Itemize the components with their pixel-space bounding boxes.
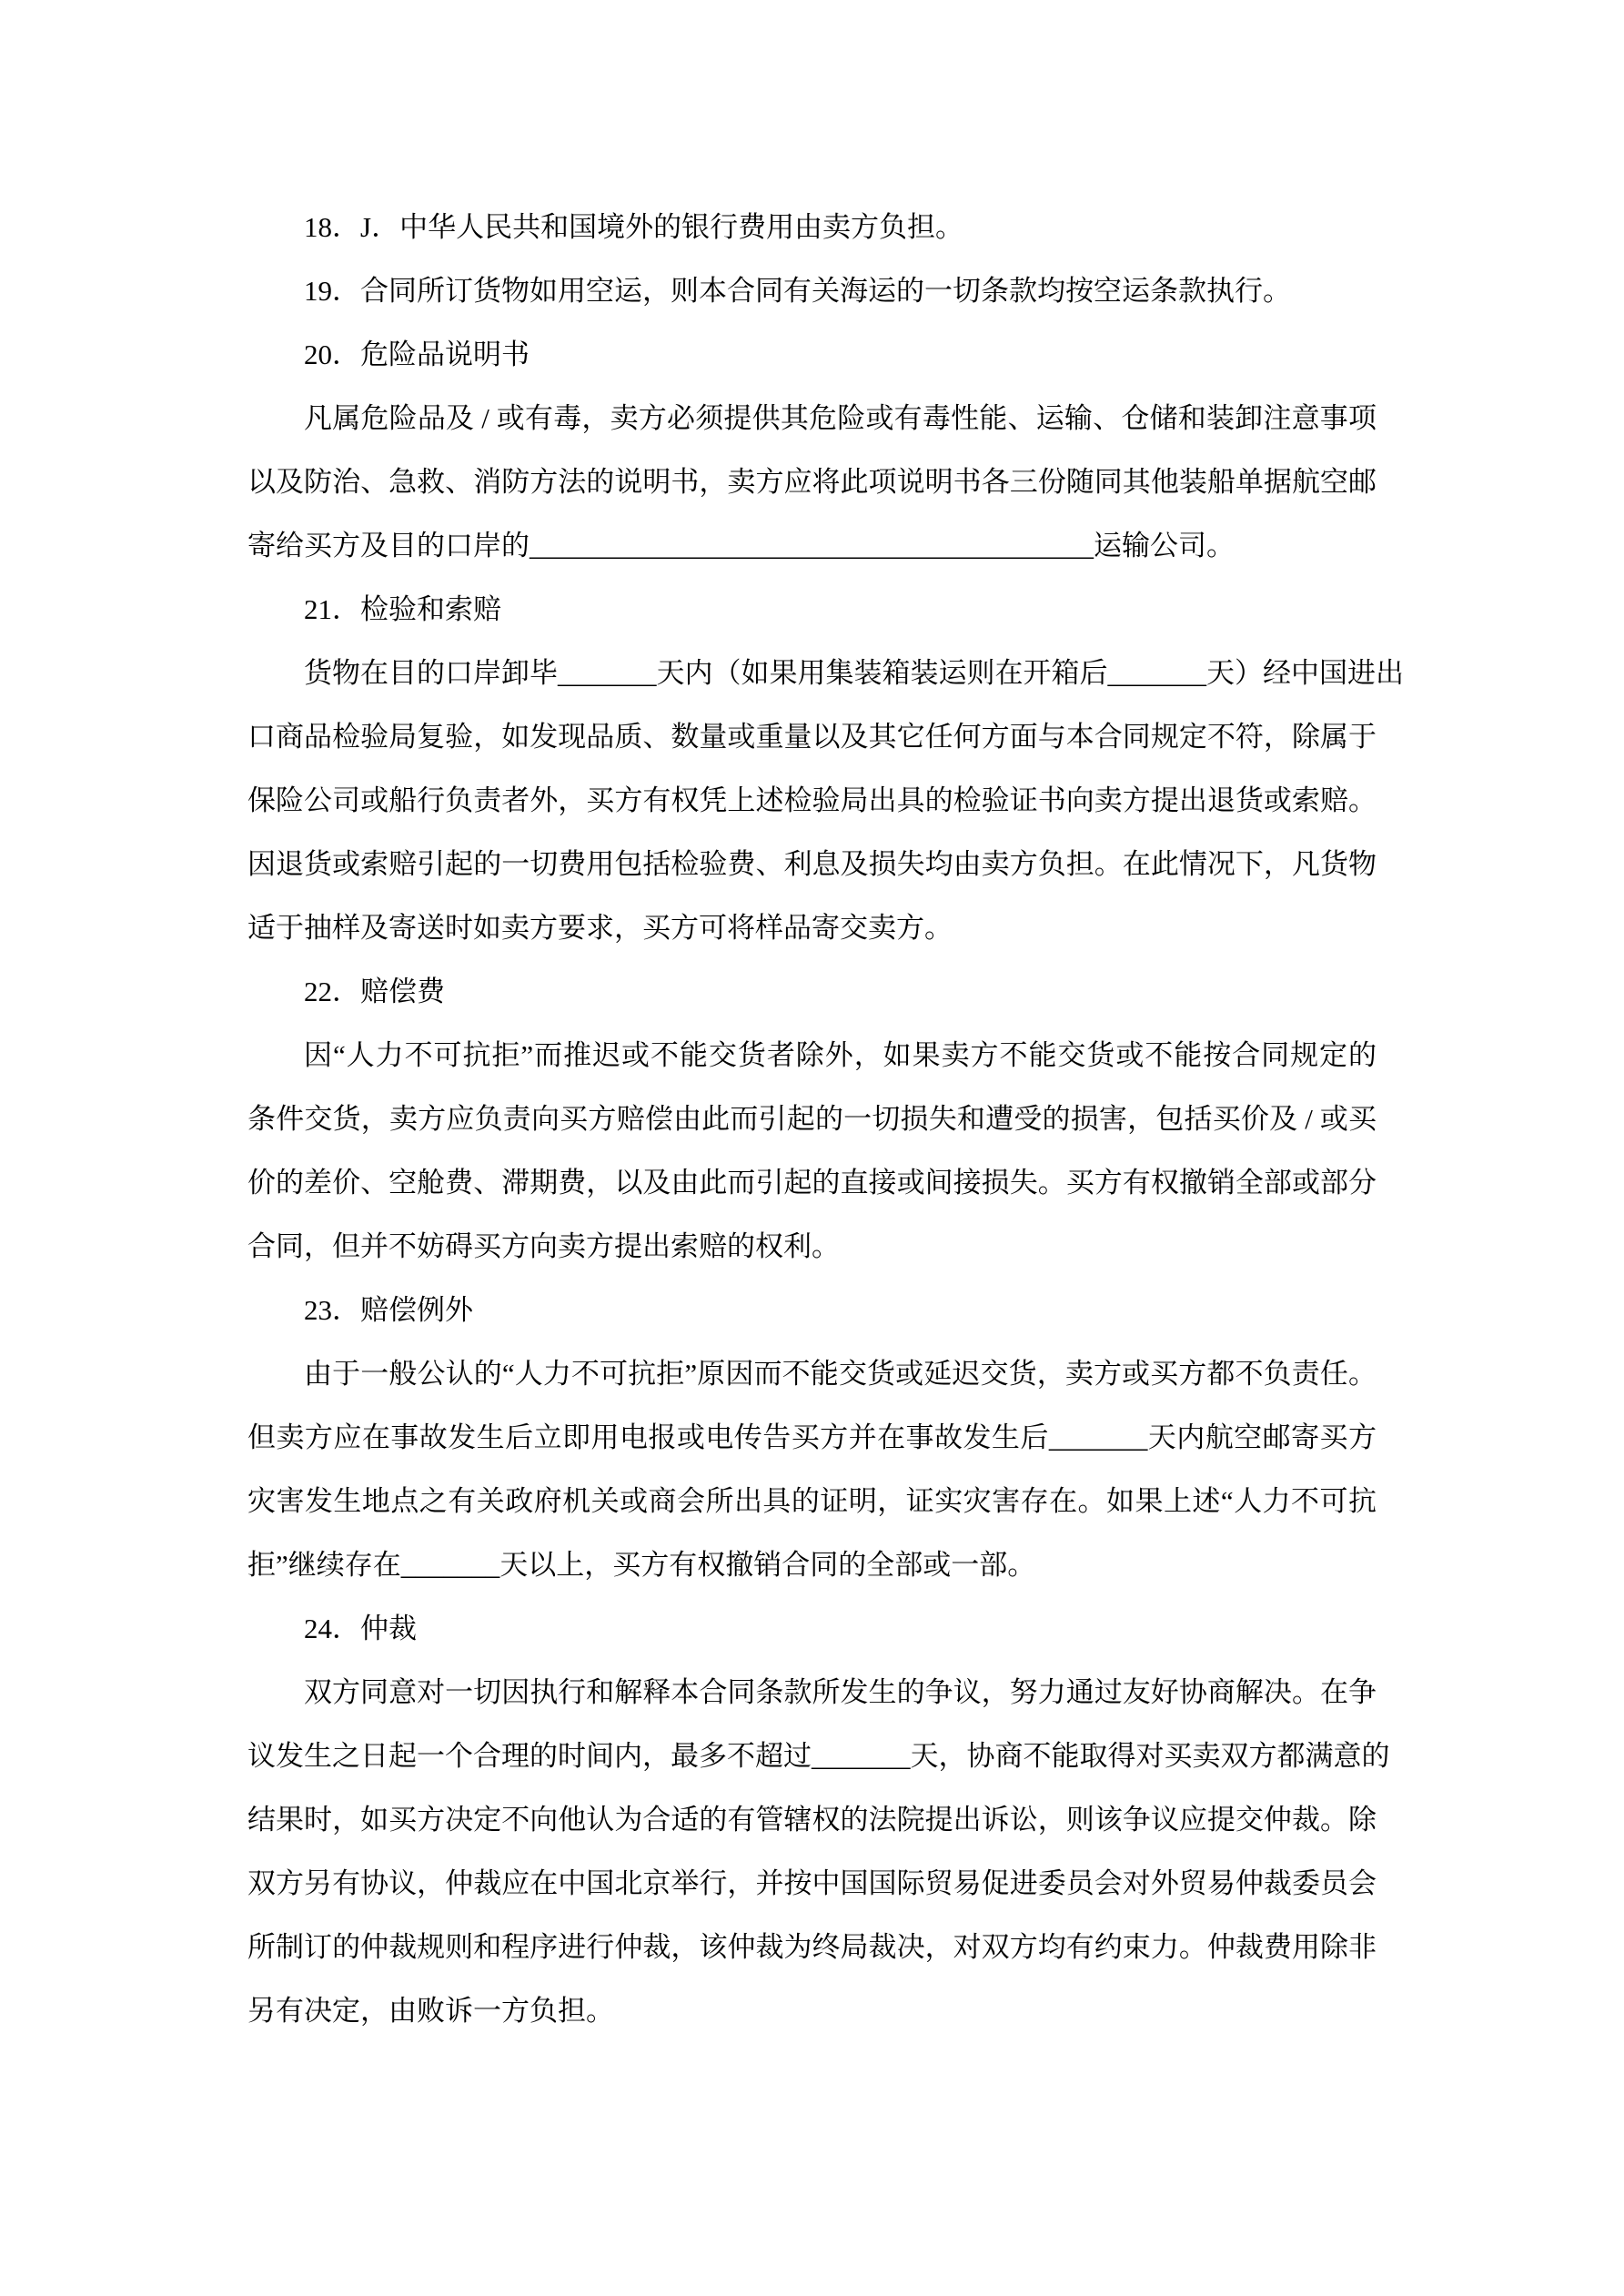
- clause-21-body-line-4: 因退货或索赔引起的一切费用包括检验费、利息及损失均由卖方负担。在此情况下，凡货物: [247, 833, 1377, 896]
- text-segment: 18．J．中华人民共和国境外的银行费用由卖方负担。: [304, 211, 963, 243]
- text-segment: 运输公司。: [1094, 530, 1235, 561]
- clause-22-body-line-3: 价的差价、空舱费、滞期费，以及由此而引起的直接或间接损失。买方有权撤销全部或部分: [247, 1151, 1377, 1215]
- text-segment: 灾害发生地点之有关政府机关或商会所出具的证明，证实灾害存在。如果上述“人力不可抗: [247, 1485, 1377, 1517]
- text-segment: 以及防治、急救、消防方法的说明书，卖方应将此项说明书各三份随同其他装船单据航空邮: [247, 466, 1377, 498]
- clause-24-body-line-2: 议发生之日起一个合理的时间内，最多不超过_______天，协商不能取得对买卖双方…: [247, 1725, 1377, 1788]
- clause-22-body-line-2: 条件交货，卖方应负责向买方赔偿由此而引起的一切损失和遭受的损害，包括买价及 / …: [247, 1087, 1377, 1151]
- fill-in-blank[interactable]: _______: [401, 1549, 500, 1581]
- text-segment: 寄给买方及目的口岸的: [247, 530, 530, 561]
- text-segment: 23．赔偿例外: [304, 1294, 473, 1326]
- text-segment: 口商品检验局复验，如发现品质、数量或重量以及其它任何方面与本合同规定不符，除属于: [247, 721, 1377, 753]
- text-segment: 适于抽样及寄送时如卖方要求，买方可将样品寄交卖方。: [247, 912, 953, 944]
- clause-20-body-line-3: 寄给买方及目的口岸的______________________________…: [247, 514, 1377, 578]
- clause-19: 19．合同所订货物如用空运，则本合同有关海运的一切条款均按空运条款执行。: [247, 259, 1377, 323]
- text-segment: 天内（如果用集装箱装运则在开箱后: [657, 657, 1108, 689]
- clause-20-body-line-2: 以及防治、急救、消防方法的说明书，卖方应将此项说明书各三份随同其他装船单据航空邮: [247, 450, 1377, 514]
- clause-21-heading: 21．检验和索赔: [247, 578, 1377, 642]
- text-segment: 22．赔偿费: [304, 976, 445, 1007]
- clause-21-body-line-1: 货物在目的口岸卸毕_______天内（如果用集装箱装运则在开箱后_______天…: [247, 642, 1377, 705]
- fill-in-blank[interactable]: _______: [558, 657, 657, 689]
- clause-21-body-line-3: 保险公司或船行负责者外，买方有权凭上述检验局出具的检验证书向卖方提出退货或索赔。: [247, 769, 1377, 833]
- text-segment: 因“人力不可抗拒”而推迟或不能交货者除外，如果卖方不能交货或不能按合同规定的: [304, 1039, 1377, 1071]
- document-page: 18．J．中华人民共和国境外的银行费用由卖方负担。19．合同所订货物如用空运，则…: [0, 0, 1624, 2296]
- clause-21-body-line-2: 口商品检验局复验，如发现品质、数量或重量以及其它任何方面与本合同规定不符，除属于: [247, 705, 1377, 769]
- text-segment: 拒”继续存在: [247, 1549, 401, 1581]
- clause-24-body-line-4: 双方另有协议，仲裁应在中国北京举行，并按中国国际贸易促进委员会对外贸易仲裁委员会: [247, 1852, 1377, 1916]
- text-segment: 20．危险品说明书: [304, 339, 530, 370]
- text-segment: 凡属危险品及 / 或有毒，卖方必须提供其危险或有毒性能、运输、仓储和装卸注意事项: [304, 402, 1377, 434]
- clause-23-body-line-2: 但卖方应在事故发生后立即用电报或电传告买方并在事故发生后_______天内航空邮…: [247, 1406, 1377, 1470]
- clause-20-heading: 20．危险品说明书: [247, 323, 1377, 387]
- clause-24-body-line-1: 双方同意对一切因执行和解释本合同条款所发生的争议，努力通过友好协商解决。在争: [247, 1661, 1377, 1725]
- text-segment: 24．仲裁: [304, 1613, 417, 1644]
- clause-24-body-line-5: 所制订的仲裁规则和程序进行仲裁，该仲裁为终局裁决，对双方均有约束力。仲裁费用除非: [247, 1916, 1377, 1979]
- text-segment: 保险公司或船行负责者外，买方有权凭上述检验局出具的检验证书向卖方提出退货或索赔。: [247, 784, 1377, 816]
- text-segment: 价的差价、空舱费、滞期费，以及由此而引起的直接或间接损失。买方有权撤销全部或部分: [247, 1167, 1377, 1199]
- text-segment: 因退货或索赔引起的一切费用包括检验费、利息及损失均由卖方负担。在此情况下，凡货物: [247, 848, 1377, 880]
- text-segment: 天）经中国进出: [1206, 657, 1404, 689]
- text-segment: 条件交货，卖方应负责向买方赔偿由此而引起的一切损失和遭受的损害，包括买价及 / …: [247, 1103, 1377, 1135]
- fill-in-blank[interactable]: _______: [812, 1740, 911, 1772]
- fill-in-blank[interactable]: _______: [1049, 1421, 1148, 1453]
- clause-22-body-line-1: 因“人力不可抗拒”而推迟或不能交货者除外，如果卖方不能交货或不能按合同规定的: [247, 1024, 1377, 1087]
- clause-24-heading: 24．仲裁: [247, 1597, 1377, 1661]
- text-segment: 由于一般公认的“人力不可抗拒”原因而不能交货或延迟交货，卖方或买方都不负责任。: [304, 1358, 1377, 1390]
- text-segment: 所制订的仲裁规则和程序进行仲裁，该仲裁为终局裁决，对双方均有约束力。仲裁费用除非: [247, 1931, 1377, 1963]
- text-segment: 19．合同所订货物如用空运，则本合同有关海运的一切条款均按空运条款执行。: [304, 275, 1291, 307]
- clause-22-body-line-4: 合同，但并不妨碍买方向卖方提出索赔的权利。: [247, 1215, 1377, 1279]
- clause-22-heading: 22．赔偿费: [247, 960, 1377, 1024]
- text-segment: 天以上，买方有权撤销合同的全部或一部。: [499, 1549, 1035, 1581]
- clause-23-body-line-4: 拒”继续存在_______天以上，买方有权撤销合同的全部或一部。: [247, 1533, 1377, 1597]
- clause-18: 18．J．中华人民共和国境外的银行费用由卖方负担。: [247, 196, 1377, 259]
- clause-24-body-line-3: 结果时，如买方决定不向他认为合适的有管辖权的法院提出诉讼，则该争议应提交仲裁。除: [247, 1788, 1377, 1852]
- clause-23-body-line-1: 由于一般公认的“人力不可抗拒”原因而不能交货或延迟交货，卖方或买方都不负责任。: [247, 1342, 1377, 1406]
- text-segment: 合同，但并不妨碍买方向卖方提出索赔的权利。: [247, 1230, 840, 1262]
- text-segment: 双方同意对一切因执行和解释本合同条款所发生的争议，努力通过友好协商解决。在争: [304, 1676, 1377, 1708]
- clause-21-body-line-5: 适于抽样及寄送时如卖方要求，买方可将样品寄交卖方。: [247, 896, 1377, 960]
- text-segment: 天内航空邮寄买方: [1147, 1421, 1377, 1453]
- clause-23-heading: 23．赔偿例外: [247, 1279, 1377, 1342]
- text-segment: 但卖方应在事故发生后立即用电报或电传告买方并在事故发生后: [247, 1421, 1049, 1453]
- clause-20-body-line-1: 凡属危险品及 / 或有毒，卖方必须提供其危险或有毒性能、运输、仓储和装卸注意事项: [247, 387, 1377, 450]
- text-segment: 天，协商不能取得对买卖双方都满意的: [911, 1740, 1390, 1772]
- text-segment: 议发生之日起一个合理的时间内，最多不超过: [247, 1740, 812, 1772]
- fill-in-blank[interactable]: _______: [1108, 657, 1207, 689]
- text-segment: 21．检验和索赔: [304, 593, 501, 625]
- text-segment: 双方另有协议，仲裁应在中国北京举行，并按中国国际贸易促进委员会对外贸易仲裁委员会: [247, 1867, 1377, 1899]
- text-segment: 货物在目的口岸卸毕: [304, 657, 558, 689]
- clause-23-body-line-3: 灾害发生地点之有关政府机关或商会所出具的证明，证实灾害存在。如果上述“人力不可抗: [247, 1470, 1377, 1533]
- text-segment: 结果时，如买方决定不向他认为合适的有管辖权的法院提出诉讼，则该争议应提交仲裁。除: [247, 1804, 1377, 1836]
- text-segment: 另有决定，由败诉一方负担。: [247, 1995, 614, 2027]
- fill-in-blank[interactable]: ________________________________________: [530, 530, 1094, 561]
- clause-24-body-line-6: 另有决定，由败诉一方负担。: [247, 1979, 1377, 2043]
